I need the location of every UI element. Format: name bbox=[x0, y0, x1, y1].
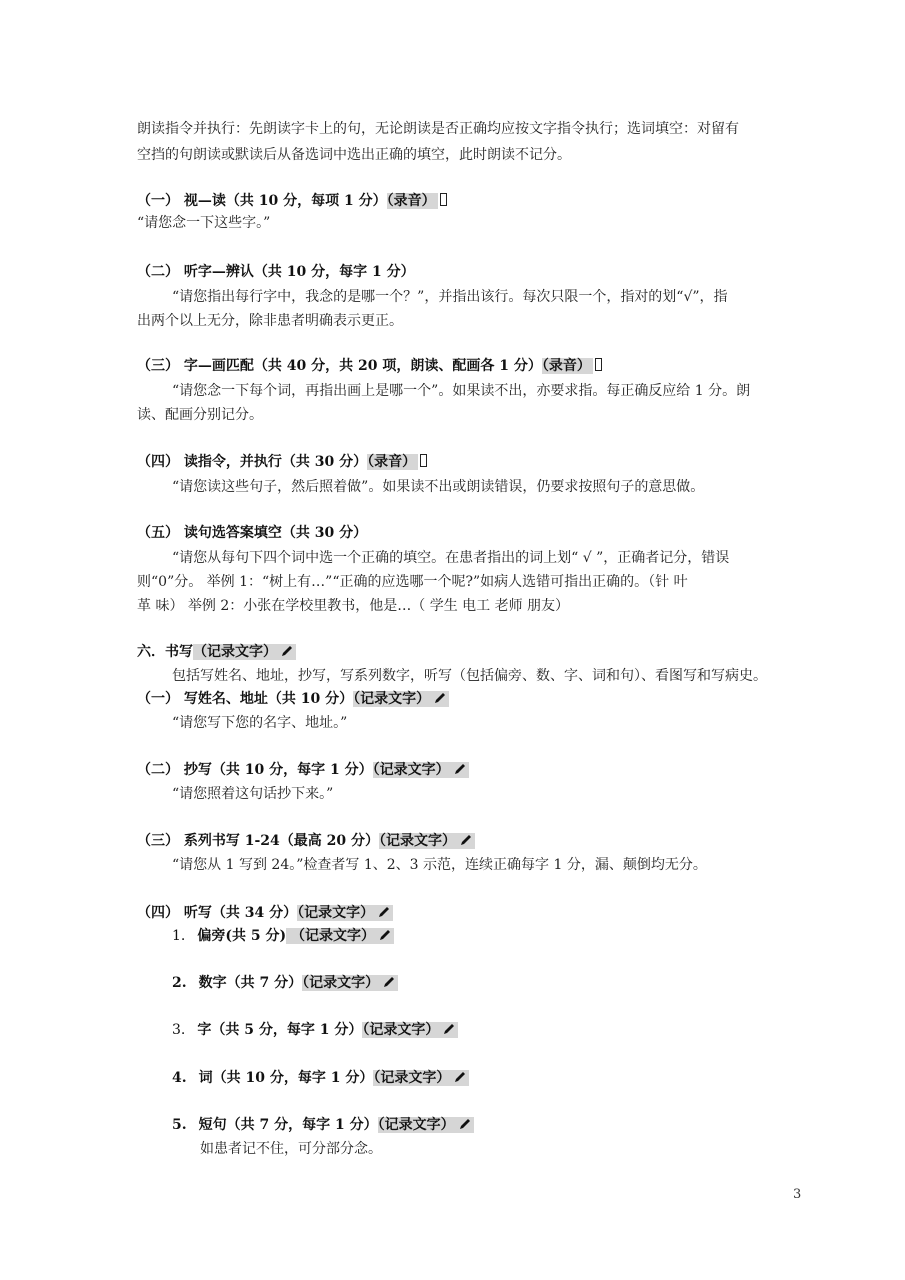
item-number: 3. bbox=[172, 1022, 185, 1038]
item-label: 数字（共 7 分） bbox=[199, 975, 303, 991]
title-text: 六．书写 bbox=[137, 644, 193, 660]
section-body: “请您从 1 写到 24。”检查者写 1、2、3 示范，连续正确每字 1 分，漏… bbox=[172, 855, 707, 875]
pencil-icon[interactable] bbox=[378, 928, 392, 942]
section-heading-write-3: （三） 系列书写 1-24（最高 20 分）（记录文字） bbox=[137, 831, 475, 851]
writing-description: 包括写姓名、地址，抄写，写系列数字，听写（包括偏旁、数、字、词和句）、看图写和写… bbox=[172, 666, 767, 686]
heading-text: （三） 字—画匹配（共 40 分，共 20 项，朗读、配画各 1 分） bbox=[137, 358, 542, 374]
writing-title: 六．书写（记录文字） bbox=[137, 642, 296, 662]
record-text-tag: （记录文字） bbox=[378, 1117, 474, 1133]
section-body-line-2: 出两个以上无分，除非患者明确表示更正。 bbox=[137, 311, 403, 331]
section-body-line-1: “请您指出每行字中，我念的是哪一个？”，并指出该行。每次只限一个，指对的划“√”… bbox=[172, 287, 728, 307]
intro-line-1: 朗读指令并执行：先朗读字卡上的句，无论朗读是否正确均应按文字指令执行；选词填空：… bbox=[137, 119, 739, 139]
pencil-icon[interactable] bbox=[459, 833, 473, 847]
item-number: 5. bbox=[172, 1117, 187, 1133]
heading-text: （二） 抄写（共 10 分，每字 1 分） bbox=[137, 762, 373, 778]
item-label: 偏旁(共 5 分) bbox=[197, 928, 286, 944]
dictation-item-sentences: 5.短句（共 7 分，每字 1 分）（记录文字） bbox=[172, 1115, 474, 1135]
dictation-note: 如患者记不住，可分部分念。 bbox=[200, 1139, 382, 1159]
pencil-icon[interactable] bbox=[453, 762, 467, 776]
microphone-icon[interactable] bbox=[420, 454, 427, 467]
item-label: 词（共 10 分，每字 1 分） bbox=[199, 1070, 374, 1086]
microphone-icon[interactable] bbox=[440, 193, 447, 206]
section-body-line-1: “请您念一下每个词，再指出画上是哪一个”。如果读不出，亦要求指。每正确反应给 1… bbox=[172, 381, 750, 401]
item-number: 2. bbox=[172, 975, 187, 991]
pencil-icon[interactable] bbox=[442, 1022, 456, 1036]
record-audio-tag: （录音） bbox=[367, 454, 418, 470]
pencil-icon[interactable] bbox=[433, 691, 447, 705]
record-text-tag: （记录文字） bbox=[353, 691, 449, 707]
record-text-tag: （记录文字） bbox=[379, 833, 475, 849]
section-body-line-2: 则“0”分。 举例 1：“树上有…”“正确的应选哪一个呢?”如病人选错可指出正确… bbox=[137, 572, 688, 592]
item-label: 字（共 5 分，每字 1 分） bbox=[197, 1022, 362, 1038]
record-text-tag: （记录文字） bbox=[373, 1070, 469, 1086]
intro-line-2: 空挡的句朗读或默读后从备选词中选出正确的填空，此时朗读不记分。 bbox=[137, 145, 571, 165]
microphone-icon[interactable] bbox=[595, 358, 602, 371]
page-number: 3 bbox=[793, 1187, 801, 1202]
section-body-line-3: 革 味） 举例 2：小张在学校里教书，他是…（ 学生 电工 老师 朋友） bbox=[137, 596, 569, 616]
heading-text: （四） 读指令，并执行（共 30 分） bbox=[137, 454, 367, 470]
document-page: 朗读指令并执行：先朗读字卡上的句，无论朗读是否正确均应按文字指令执行；选词填空：… bbox=[0, 0, 905, 1280]
heading-text: （一） 视—读（共 10 分，每项 1 分） bbox=[137, 193, 387, 209]
section-heading-read-3: （三） 字—画匹配（共 40 分，共 20 项，朗读、配画各 1 分）（录音） bbox=[137, 356, 602, 376]
section-body: “请您念一下这些字。” bbox=[137, 213, 270, 233]
item-number: 4. bbox=[172, 1070, 187, 1086]
dictation-item-characters: 3.字（共 5 分，每字 1 分）（记录文字） bbox=[172, 1020, 458, 1040]
section-body-line-1: “请您从每句下四个词中选一个正确的填空。在患者指出的词上划“ √ ”，正确者记分… bbox=[172, 548, 729, 568]
record-text-tag: （记录文字） bbox=[302, 975, 398, 991]
pencil-icon[interactable] bbox=[453, 1070, 467, 1084]
heading-text: （三） 系列书写 1-24（最高 20 分） bbox=[137, 833, 379, 849]
heading-text: （四） 听写（共 34 分） bbox=[137, 905, 297, 921]
section-body: “请您写下您的名字、地址。” bbox=[172, 713, 347, 733]
pencil-icon[interactable] bbox=[382, 975, 396, 989]
section-body: “请您照着这句话抄下来。” bbox=[172, 784, 333, 804]
section-heading-write-1: （一） 写姓名、地址（共 10 分）（记录文字） bbox=[137, 689, 449, 709]
dictation-item-numbers: 2.数字（共 7 分）（记录文字） bbox=[172, 973, 398, 993]
item-number: 1. bbox=[172, 928, 185, 944]
record-text-tag: （记录文字） bbox=[286, 928, 394, 944]
record-audio-tag: （录音） bbox=[387, 193, 438, 209]
item-label: 短句（共 7 分，每字 1 分） bbox=[199, 1117, 378, 1133]
pencil-icon[interactable] bbox=[280, 644, 294, 658]
dictation-item-radicals: 1.偏旁(共 5 分) （记录文字） bbox=[172, 926, 394, 946]
record-audio-tag: （录音） bbox=[542, 358, 593, 374]
dictation-item-words: 4.词（共 10 分，每字 1 分）（记录文字） bbox=[172, 1068, 469, 1088]
section-heading-read-2: （二） 听字—辨认（共 10 分，每字 1 分） bbox=[137, 262, 415, 282]
record-text-tag: （记录文字） bbox=[297, 905, 393, 921]
heading-text: （一） 写姓名、地址（共 10 分） bbox=[137, 691, 353, 707]
pencil-icon[interactable] bbox=[377, 905, 391, 919]
section-heading-read-4: （四） 读指令，并执行（共 30 分）（录音） bbox=[137, 452, 427, 472]
section-heading-write-4: （四） 听写（共 34 分）（记录文字） bbox=[137, 903, 393, 923]
pencil-icon[interactable] bbox=[458, 1117, 472, 1131]
section-body-line-2: 读、配画分别记分。 bbox=[137, 405, 263, 425]
section-body: “请您读这些句子，然后照着做”。如果读不出或朗读错误，仍要求按照句子的意思做。 bbox=[172, 477, 704, 497]
record-text-tag: （记录文字） bbox=[373, 762, 469, 778]
section-heading-read-5: （五） 读句选答案填空（共 30 分） bbox=[137, 523, 367, 543]
record-text-tag: （记录文字） bbox=[362, 1022, 458, 1038]
section-heading-write-2: （二） 抄写（共 10 分，每字 1 分）（记录文字） bbox=[137, 760, 469, 780]
record-text-tag: （记录文字） bbox=[193, 644, 296, 660]
section-heading-read-1: （一） 视—读（共 10 分，每项 1 分）（录音） bbox=[137, 191, 447, 211]
